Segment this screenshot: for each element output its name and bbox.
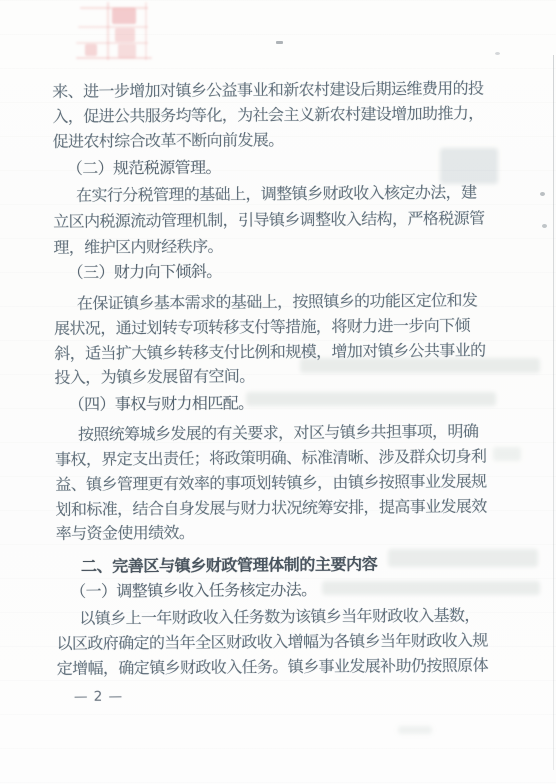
scan-speck (542, 224, 547, 228)
text-line: 来、进一步增加对镇乡公益事业和新农村建设后期运维费用的投 (52, 76, 483, 102)
text-line: 事权，界定支出责任；将政策明确、标准清晰、涉及群众切身利 (55, 444, 486, 470)
text-line: 以镇乡上一年财政收入任务数为该镇乡当年财政收入基数， (56, 603, 480, 629)
text-line: 立区内税源流动管理机制，引导镇乡调整收入结构，严格税源管 (53, 206, 484, 232)
document-page: — 2 — 来、进一步增加对镇乡公益事业和新农村建设后期运维费用的投入，促进公共… (0, 0, 556, 784)
text-line: 促进农村综合改革不断向前发展。 (53, 127, 284, 152)
text-line: 在保证镇乡基本需求的基础上，按照镇乡的功能区定位和发 (54, 288, 478, 314)
text-line: （二）规范税源管理。 (53, 155, 221, 179)
scan-speck (540, 192, 545, 196)
text-line: 以区政府确定的当年全区财政收入增幅为各镇乡当年财政收入规 (56, 628, 487, 654)
page-number: — 2 — (74, 688, 123, 704)
text-line: 斜，适当扩大镇乡转移支付比例和规模，增加对镇乡公共事业的 (54, 338, 485, 364)
text-line: 按照统筹城乡发展的有关要求，对区与镇乡共担事项，明确 (55, 419, 479, 445)
text-line: 入，促进公共服务均等化，为社会主义新农村建设增加助推力， (52, 101, 483, 127)
text-line: （三）财力向下倾斜。 (54, 259, 222, 283)
text-line: 展状况，通过划转专项转移支付等措施，将财力进一步向下倾 (54, 313, 470, 339)
text-line: 理，维护区内财经秩序。 (53, 234, 223, 258)
page-edge-shadow (553, 55, 554, 770)
text-line: 益、镇乡管理更有效率的事项划转镇乡，由镇乡按照事业发展规 (55, 469, 486, 495)
text-line: 二、完善区与镇乡财政管理体制的主要内容 (56, 551, 378, 577)
text-line: 定增幅，确定镇乡财政收入任务。镇乡事业发展补助仍按照原体 (57, 653, 488, 679)
text-line: 划和标准，结合自身发展与财力状况统筹安排，提高事业发展效 (55, 494, 486, 520)
text-line: （四）事权与财力相匹配。 (55, 390, 254, 415)
text-line: （一）调整镇乡收入任务核定办法。 (56, 577, 317, 602)
text-line: 率与资金使用绩效。 (56, 520, 195, 544)
text-line: 在实行分税管理的基础上，调整镇乡财政收入核定办法，建 (53, 180, 477, 206)
document-text: — 2 — 来、进一步增加对镇乡公益事业和新农村建设后期运维费用的投入，促进公共… (52, 0, 528, 784)
text-line: 投入，为镇乡发展留有空间。 (54, 363, 254, 388)
